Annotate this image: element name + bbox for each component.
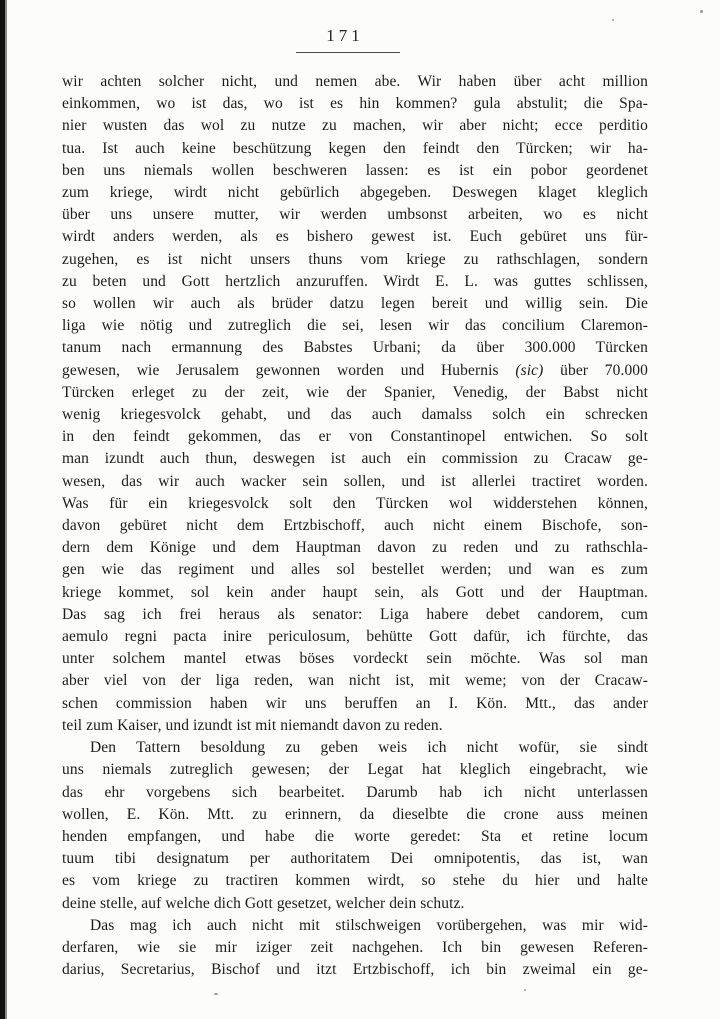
text-line: deine stelle, auf welche dich Gott geset…	[62, 893, 648, 915]
text-line: zum kriege, wirdt nicht gebürlich abgege…	[62, 182, 648, 204]
scanned-book-page: 171 wir achten solcher nicht, und nemen …	[0, 0, 720, 1019]
text-line: wenig kriegesvolck gehabt, und das auch …	[62, 404, 648, 426]
text-line: einkommen, wo ist das, wo ist es hin kom…	[62, 93, 648, 115]
text-line: Das sag ich frei heraus als senator: Lig…	[62, 604, 648, 626]
text-line: Den Tattern besoldung zu geben weis ich …	[62, 737, 648, 759]
text-line: uns niemals zutreglich gewesen; der Lega…	[62, 759, 648, 781]
scan-speck	[524, 989, 526, 991]
text-line: unter solchem mantel etwas böses vordeck…	[62, 648, 648, 670]
text-line: henden empfangen, und habe die worte ger…	[62, 826, 648, 848]
text-line: gewesen, wie Jerusalem gewonnen worden u…	[62, 360, 648, 382]
text-line: darius, Secretarius, Bischof und itzt Er…	[62, 959, 648, 981]
page-text-body: wir achten solcher nicht, und nemen abe.…	[62, 71, 648, 981]
text-line: aber viel von der liga reden, wan nicht …	[62, 670, 648, 692]
text-line: so wollen wir auch als brüder datzu lege…	[62, 293, 648, 315]
text-line: tua. Ist auch keine beschützung kegen de…	[62, 138, 648, 160]
text-line: aemulo regni pacta inire periculosum, be…	[62, 626, 648, 648]
text-line: wesen, das wir auch wacker sein sollen, …	[62, 471, 648, 493]
text-line: zu beten und Gott hertzlich anzuruffen. …	[62, 271, 648, 293]
text-line: über uns unsere mutter, wir werden umbso…	[62, 204, 648, 226]
text-line: davon gebüret nicht dem Ertzbischoff, au…	[62, 515, 648, 537]
scan-speck	[214, 993, 218, 995]
text-line: wir achten solcher nicht, und nemen abe.…	[62, 71, 648, 93]
text-line: dern dem Könige und dem Hauptman davon z…	[62, 537, 648, 559]
scan-speck	[700, 10, 703, 13]
text-line: teil zum Kaiser, und izundt ist mit niem…	[62, 715, 648, 737]
text-line: Türcken erleget zu der zeit, wie der Spa…	[62, 382, 648, 404]
text-line: man izundt auch thun, deswegen ist auch …	[62, 448, 648, 470]
text-line: ben uns niemals wollen beschweren lassen…	[62, 160, 648, 182]
text-line: es vom kriege zu tractiren kommen wirdt,…	[62, 870, 648, 892]
text-line: wirdt anders werden, als es bishero gewe…	[62, 226, 648, 248]
text-line: liga wie nötig und zutreglich die sei, l…	[62, 315, 648, 337]
text-line: gen wie das regiment und alles sol beste…	[62, 559, 648, 581]
text-line: tanum nach ermannung des Babstes Urbani;…	[62, 337, 648, 359]
text-line: das ehr vorgebens sich bearbeitet. Darum…	[62, 782, 648, 804]
page-number: 171	[0, 26, 690, 46]
text-line: Das mag ich auch nicht mit stilschweigen…	[62, 915, 648, 937]
text-line: derfaren, wie sie mir iziger zeit nachge…	[62, 937, 648, 959]
scan-speck	[612, 19, 614, 21]
text-line: nier wusten das wol zu nutze zu machen, …	[62, 115, 648, 137]
text-line: zugehen, es ist nicht unsers thuns vom k…	[62, 249, 648, 271]
text-line: in den feindt gekommen, das er von Const…	[62, 426, 648, 448]
text-line: Was für ein kriegesvolck solt den Türcke…	[62, 493, 648, 515]
page-number-rule	[296, 52, 400, 53]
scan-edge-left	[0, 0, 7, 1019]
text-line: tuum tibi designatum per authoritatem De…	[62, 848, 648, 870]
text-line: schen commission haben wir uns beruffen …	[62, 693, 648, 715]
text-line: kriege kommet, sol kein ander haupt sein…	[62, 582, 648, 604]
text-line: wollen, E. Kön. Mtt. zu erinnern, da die…	[62, 804, 648, 826]
